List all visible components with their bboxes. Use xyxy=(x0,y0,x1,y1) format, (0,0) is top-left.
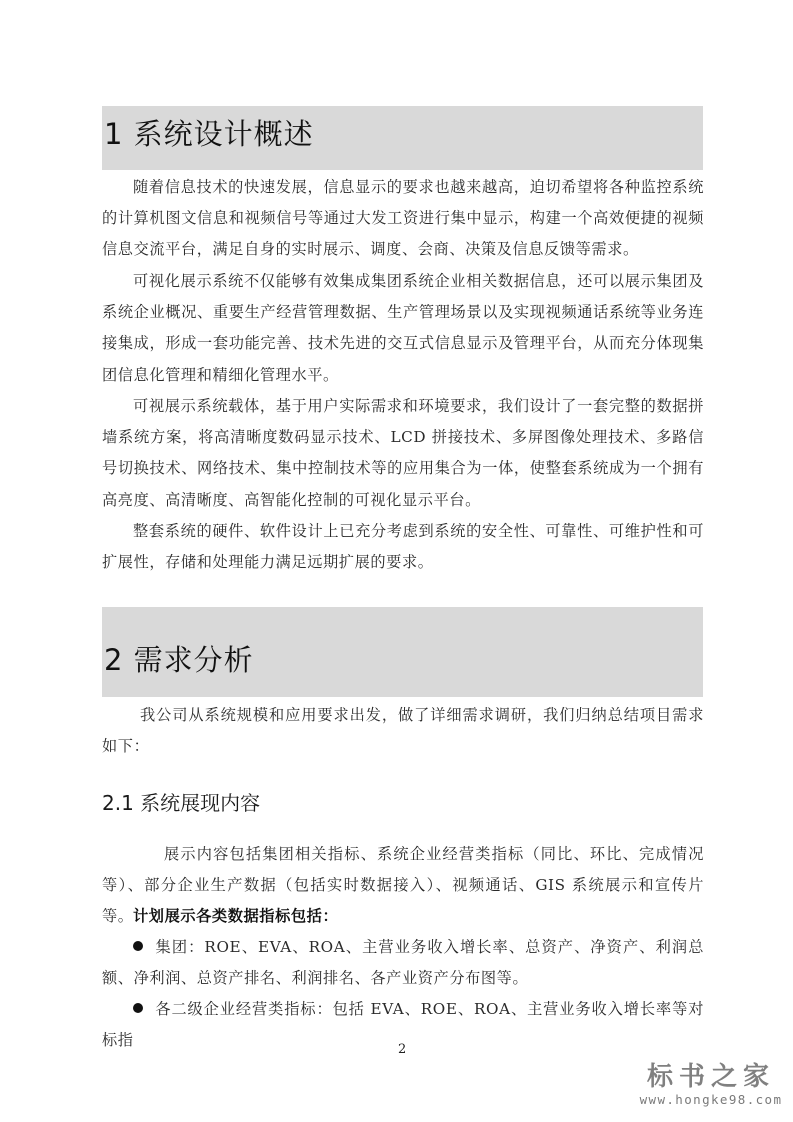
paragraph-2: 可视化展示系统不仅能够有效集成集团系统企业相关数据信息，还可以展示集团及系统企业… xyxy=(102,266,704,391)
watermark-title: 标书之家 xyxy=(636,1062,786,1092)
bullet-icon xyxy=(133,941,143,951)
section-2-heading: 2 需求分析 xyxy=(104,638,254,679)
section-2-intro: 我公司从系统规模和应用要求出发，做了详细需求调研，我们归纳总结项目需求如下： xyxy=(102,700,704,762)
paragraph-1: 随着信息技术的快速发展，信息显示的要求也越来越高，迫切希望将各种监控系统的计算机… xyxy=(102,172,704,266)
bullet-icon xyxy=(133,1003,143,1013)
watermark-logo: 标书之家 www.hongke98.com xyxy=(636,1062,786,1107)
section-1-heading: 1 系统设计概述 xyxy=(104,112,314,153)
section-1-heading-bar: 1 系统设计概述 xyxy=(102,106,703,170)
bullet-item-group: 集团：ROE、EVA、ROA、主营业务收入增长率、总资产、净资产、利润总额、净利… xyxy=(102,932,704,994)
paragraph-3: 可视展示系统载体，基于用户实际需求和环境要求，我们设计了一套完整的数据拼墙系统方… xyxy=(102,391,704,516)
subsection-2-1-heading: 2.1 系统展现内容 xyxy=(102,787,260,816)
page-number: 2 xyxy=(398,1042,406,1057)
bullet-text: 集团：ROE、EVA、ROA、主营业务收入增长率、总资产、净资产、利润总额、净利… xyxy=(102,938,704,987)
section-2-heading-bar: 2 需求分析 xyxy=(102,607,703,697)
indicator-list-title: 计划展示各类数据指标包括： xyxy=(102,901,704,932)
paragraph-4: 整套系统的硬件、软件设计上已充分考虑到系统的安全性、可靠性、可维护性和可扩展性，… xyxy=(102,516,704,578)
watermark-url: www.hongke98.com xyxy=(636,1092,786,1107)
